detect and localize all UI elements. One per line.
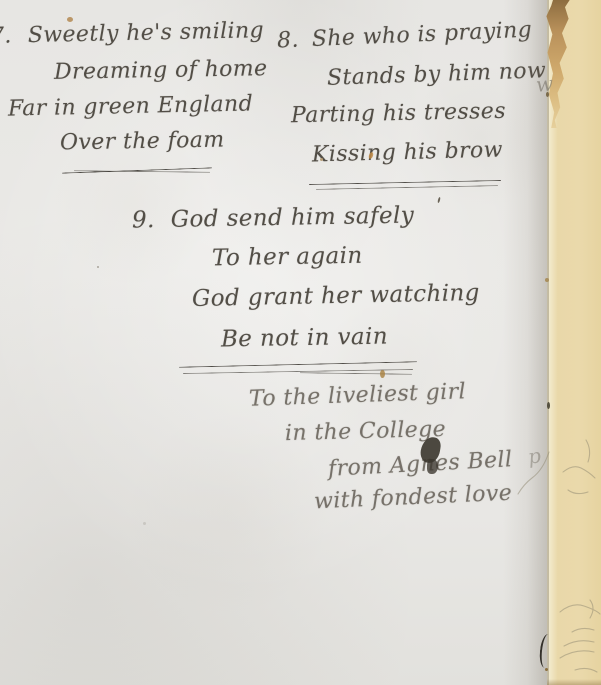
verse-text: Sweetly he's smiling — [28, 19, 265, 48]
dedication-line-1: To the liveliest girl — [249, 380, 467, 412]
verse-line-7-1: 7. Sweetly he's smiling — [0, 19, 264, 49]
verse-line-7-3: Far in green England — [8, 92, 254, 121]
verse-line-9-4: Be not in vain — [221, 325, 388, 353]
verse-line-8-1: 8. She who is praying — [277, 18, 533, 53]
dedication-line-2: in the College — [285, 418, 447, 446]
verse-line-7-2: Dreaming of home — [54, 57, 268, 85]
verse-line-9-1: 9. God send him safely — [132, 204, 415, 234]
stanza-number-8: 8. — [277, 29, 300, 54]
crease-spot — [545, 278, 549, 282]
verse-line-7-4: Over the foam — [60, 129, 225, 156]
verse-line-8-4: Kissing his brow — [312, 139, 503, 168]
verse-line-8-3: Parting his tresses — [291, 100, 506, 129]
verse-line-9-2: To her again — [212, 244, 363, 272]
verse-text: God send him safely — [171, 204, 415, 234]
stanza-number-9: 9. — [132, 208, 155, 234]
foxing-spot — [67, 17, 73, 22]
ink-fleck — [437, 197, 440, 203]
show-through-glyph: w — [535, 71, 555, 97]
foxing-spot — [97, 266, 99, 268]
flourish-underline — [309, 180, 501, 185]
stanza-number-7: 7. — [0, 24, 12, 49]
stanza-end-rule — [179, 361, 417, 367]
crease-spot — [545, 668, 548, 671]
foxing-spot — [320, 158, 323, 161]
verse-text: She who is praying — [311, 18, 532, 52]
foxing-spot — [380, 370, 385, 378]
dedication-line-4: with fondest love — [314, 482, 513, 515]
flourish-underline — [316, 185, 498, 190]
crease-spot — [547, 402, 550, 409]
stanza-end-rule — [300, 372, 412, 375]
verse-line-9-3: God grant her watching — [192, 281, 480, 312]
gutter-shadow — [503, 0, 547, 685]
scanned-album-page: 7. Sweetly he's smiling Dreaming of home… — [0, 0, 601, 685]
foxing-spot — [143, 522, 146, 525]
